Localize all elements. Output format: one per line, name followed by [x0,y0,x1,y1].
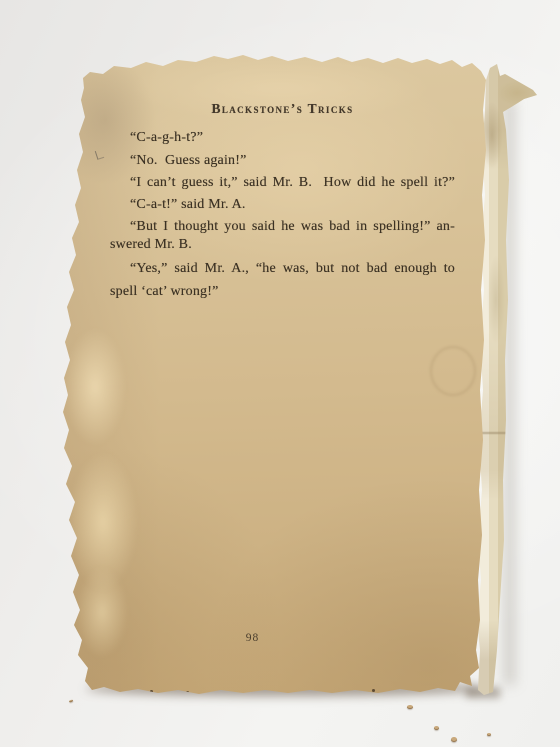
paper-crumb [487,733,491,736]
text-line: “C-a-t!” said Mr. A. [110,196,455,214]
text-line: swered Mr. B. [110,236,455,254]
text-line: “I can’t guess it,” said Mr. B. How did … [110,174,455,192]
flaked-paper-patch [64,328,126,446]
text-line: “But I thought you said he was bad in sp… [110,218,455,236]
text-line: “C-a-g-h-t?” [110,129,455,147]
edge-speck [372,689,375,692]
body-text: “C-a-g-h-t?” “No. Guess again!” “I can’t… [110,129,455,301]
book-page-photo: Blackstone’s Tricks “C-a-g-h-t?” “No. Gu… [0,0,560,747]
page-number: 98 [110,632,395,644]
text-line: “Yes,” said Mr. A., “he was, but not bad… [110,260,455,278]
ring-stain [430,346,476,396]
running-header: Blackstone’s Tricks [110,101,455,117]
torn-page: Blackstone’s Tricks “C-a-g-h-t?” “No. Gu… [0,0,560,747]
paper-crumb [407,705,413,709]
paper-crumb [434,726,439,730]
paper-crumb [451,737,457,742]
paper-crumb [69,699,73,702]
flaked-paper-patch [76,566,128,658]
pencil-mark [95,149,104,160]
text-line: “No. Guess again!” [110,152,455,170]
text-line: spell ‘cat’ wrong!” [110,283,455,301]
